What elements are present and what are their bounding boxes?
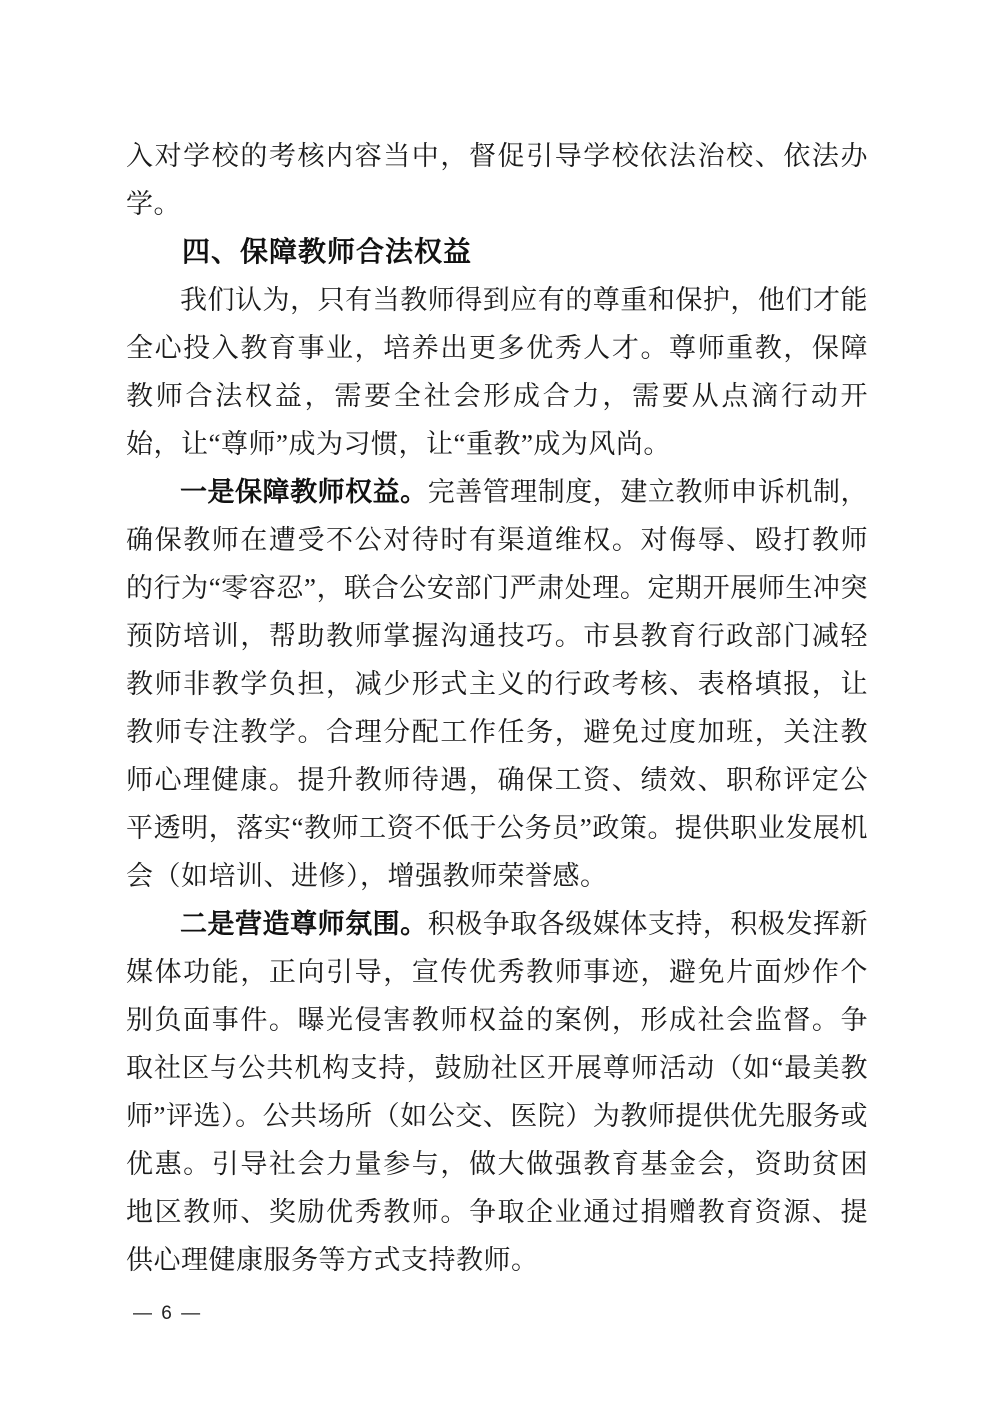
paragraph-text: 积极争取各级媒体支持，积极发挥新媒体功能，正向引导，宣传优秀教师事迹，避免片面炒…: [126, 909, 868, 1275]
document-page: 入对学校的考核内容当中，督促引导学校依法治校、依法办学。 四、保障教师合法权益 …: [0, 0, 1000, 1414]
paragraph: 二是营造尊师氛围。积极争取各级媒体支持，积极发挥新媒体功能，正向引导，宣传优秀教…: [126, 900, 868, 1284]
paragraph-text: 完善管理制度，建立教师申诉机制，确保教师在遭受不公对待时有渠道维权。对侮辱、殴打…: [126, 477, 868, 891]
paragraph-lead: 二是营造尊师氛围。: [180, 909, 428, 939]
document-body: 入对学校的考核内容当中，督促引导学校依法治校、依法办学。 四、保障教师合法权益 …: [126, 132, 868, 1284]
paragraph-lead: 一是保障教师权益。: [180, 477, 428, 507]
paragraph: 我们认为，只有当教师得到应有的尊重和保护，他们才能全心投入教育事业，培养出更多优…: [126, 276, 868, 468]
page-number: — 6 —: [133, 1303, 202, 1325]
paragraph: 一是保障教师权益。完善管理制度，建立教师申诉机制，确保教师在遭受不公对待时有渠道…: [126, 468, 868, 900]
section-heading: 四、保障教师合法权益: [126, 228, 868, 276]
paragraph-continuation: 入对学校的考核内容当中，督促引导学校依法治校、依法办学。: [126, 132, 868, 228]
